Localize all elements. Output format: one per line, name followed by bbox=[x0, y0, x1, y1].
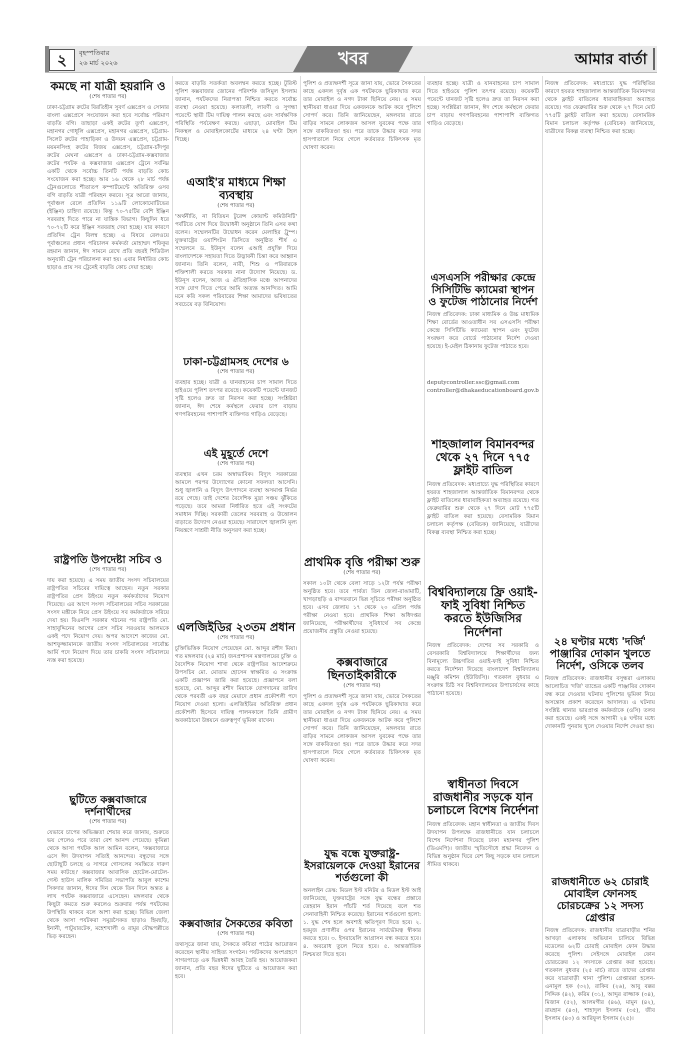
article-lgrd-chief: এলজিইডির ২৩তম প্রধান (শেষ পাতার পর) চুক্… bbox=[175, 621, 297, 907]
article-body: পুলিশ ও প্রত্যক্ষদর্শী সূত্রে জানা যায়,… bbox=[303, 80, 421, 350]
article-columns: কমছে না যাত্রী হয়রানি ও (শেষ পাতার পর) … bbox=[45, 76, 657, 1034]
article-iran-conditions: যুদ্ধ বন্ধে যুক্তরাষ্ট্র-ইসরায়েলকে দেওয… bbox=[303, 848, 421, 1034]
continuation-label: (শেষ পাতার পর) bbox=[175, 369, 297, 377]
article-body: সকাল ১০টা থেকে বেলা সাড়ে ১২টা পর্যন্ত প… bbox=[303, 580, 421, 652]
article-ruling-party: রাষ্ট্রপতি উপদেষ্টা সচিব ও (শেষ পাতার পর… bbox=[47, 554, 169, 792]
headline[interactable]: রাষ্ট্রপতি উপদেষ্টা সচিব ও bbox=[47, 554, 169, 566]
article-coxs-arrest: কক্সবাজারে ছিনতাইকারীকে (শেষ পাতার পর) প… bbox=[303, 656, 421, 861]
headline[interactable]: রাজধানীতে ৬২ চোরাই মোবাইল ফোনসহ চোরচক্রে… bbox=[545, 876, 655, 924]
column-4: ব্যবহার হচ্ছে। যাত্রী ও যানবাহনের চাপ সা… bbox=[427, 76, 539, 1034]
article-coxs-arrest-intro: পুলিশ ও প্রত্যক্ষদর্শী সূত্রে জানা যায়,… bbox=[303, 80, 421, 350]
headline[interactable]: কক্সবাজারে ছিনতাইকারীকে bbox=[303, 656, 421, 682]
headline[interactable]: এসএসসি পরীক্ষার কেন্দ্রে সিসিটিভি ক্যামে… bbox=[427, 272, 539, 308]
article-body: যেভাবে চাপের অভিজ্ঞতা শেয়ার করে জানায়,… bbox=[47, 829, 169, 1034]
date-block: বৃহস্পতিবার ২৬ মার্চ ২০২৬ bbox=[79, 48, 118, 68]
article-body: নিজস্ব প্রতিবেদক: মধ্যপ্রাচ্যে যুদ্ধ পরি… bbox=[545, 80, 655, 628]
contact-email[interactable]: deputycontroller.ssc@gmail.com bbox=[427, 379, 539, 387]
column-1: কমছে না যাত্রী হয়রানি ও (শেষ পাতার পর) … bbox=[47, 76, 169, 1034]
article-body: অনলাইন ডেস্ক: মিডল ইস্ট মনিটর ও মিডল ইস্… bbox=[303, 887, 421, 1034]
article-body: 'অর্থনীতি, না বিতিয়ন টুরেন্স কোয়ান্ট ক… bbox=[175, 213, 297, 361]
article-independence-day-traffic: স্বাধীনতা দিবসে রাজধানীর সড়কে যান চলাচল… bbox=[427, 778, 539, 1021]
article-ssc-cctv: এসএসসি পরীক্ষার কেন্দ্রে সিসিটিভি ক্যামে… bbox=[427, 272, 539, 395]
article-body: ব্যবহার হচ্ছে। যাত্রী ও যানবাহনের চাপ সা… bbox=[427, 80, 539, 270]
headline[interactable]: শাহজালাল বিমানবন্দর থেকে ২৭ দিনে ৭৭৫ ফ্ল… bbox=[427, 438, 539, 478]
headline[interactable]: প্রাথমিক বৃত্তি পরীক্ষা শুরু bbox=[303, 556, 421, 569]
article-body: নিজস্ব প্রতিবেদক: মধ্যপ্রাচ্যে যুদ্ধ পরি… bbox=[427, 481, 539, 593]
continuation-label: (শেষ পাতার পর) bbox=[47, 819, 169, 827]
headline[interactable]: বিশ্ববিদ্যালয়ে ফ্রি ওয়াই-ফাই সুবিধা নি… bbox=[427, 586, 539, 639]
headline[interactable]: কক্সবাজার সৈকতের কবিতা bbox=[175, 918, 297, 930]
article-body: নিজস্ব প্রতিবেদক: রাজধানীর যাত্রাবাড়ীর … bbox=[545, 927, 655, 1034]
article-body: ঢাকা-চট্টগ্রাম রুটের বিরতিহীন সুবর্ণ এক্… bbox=[47, 104, 169, 499]
headline[interactable]: এই মুহূর্তে দেশে bbox=[175, 448, 297, 460]
masthead-logo: আমার বার্তা bbox=[575, 48, 647, 70]
continuation-label: (শেষ পাতার পর) bbox=[303, 683, 421, 691]
article-body: ব্যবস্থার এখন চরম অস্বাভাবিক। বিদ্যুৎ সর… bbox=[175, 471, 297, 609]
masthead-divider bbox=[653, 48, 655, 70]
headline[interactable]: ২৪ ঘণ্টার মধ্যে 'দর্জি' পাঞ্জাবির দোকান … bbox=[545, 636, 655, 672]
newspaper-page: ২ বৃহস্পতিবার ২৬ মার্চ ২০২৬ খবর আমার বার… bbox=[45, 46, 657, 1036]
article-body: নিজস্ব প্রতিবেদক: মহান স্বাধীনতা ও জাতীয… bbox=[427, 821, 539, 1021]
article-body: চুক্তিভিত্তিক নিয়োগ পেয়েছেন মো. আব্দুর… bbox=[175, 645, 297, 907]
article-intro: করতে বাড়তি সতর্কতা অবলম্বন করতে হচ্ছে। … bbox=[175, 80, 297, 172]
continuation-label: (শেষ পাতার পর) bbox=[175, 635, 297, 643]
article-body: তথ্যসূত্রে জানা যায়, সৈকতে কবিতা পাঠের … bbox=[175, 941, 297, 1031]
article-body: দায় করা হয়েছে। এ সময় জাতীয় সংসদ সচিব… bbox=[47, 577, 169, 792]
article-coxs-arrest-cont: ব্যবহার হচ্ছে। যাত্রী ও যানবাহনের চাপ সা… bbox=[427, 80, 539, 270]
article-shahjalal-cont: নিজস্ব প্রতিবেদক: মধ্যপ্রাচ্যে যুদ্ধ পরি… bbox=[545, 80, 655, 628]
section-title: খবর bbox=[293, 46, 413, 72]
headline[interactable]: কমছে না যাত্রী হয়রানি ও bbox=[47, 80, 169, 93]
headline[interactable]: এলজিইডির ২৩তম প্রধান bbox=[175, 621, 297, 634]
article-dhaka-ctg-highway: ঢাকা-চট্টগ্রামসহ দেশের ৬ (শেষ পাতার পর) … bbox=[175, 356, 297, 439]
article-mobile-phone-gang: রাজধানীতে ৬২ চোরাই মোবাইল ফোনসহ চোরচক্রে… bbox=[545, 876, 655, 1034]
contact-email[interactable]: controller@dhakaeducationboard.gov.bd bbox=[427, 387, 539, 395]
article-coxs-beach-poem: কক্সবাজার সৈকতের কবিতা (শেষ পাতার পর) তথ… bbox=[175, 918, 297, 1031]
page-header: ২ বৃহস্পতিবার ২৬ মার্চ ২০২৬ খবর আমার বার… bbox=[45, 46, 657, 73]
article-body: ব্যবহার হচ্ছে। যাত্রী ও যানবাহনের চাপ সা… bbox=[175, 379, 297, 439]
article-body: নিজস্ব প্রতিবেদক: রাজধানীর বসুন্ধরা এলাক… bbox=[545, 675, 655, 875]
continuation-label: (শেষ পাতার পর) bbox=[175, 461, 297, 469]
weekday: বৃহস্পতিবার bbox=[79, 48, 118, 58]
headline[interactable]: যুদ্ধ বন্ধে যুক্তরাষ্ট্র-ইসরায়েলকে দেওয… bbox=[303, 848, 421, 884]
column-2: করতে বাড়তি সতর্কতা অবলম্বন করতে হচ্ছে। … bbox=[175, 76, 297, 1034]
article-body: পুলিশ ও প্রত্যক্ষদর্শী সূত্রে জানা যায়,… bbox=[303, 693, 421, 861]
continuation-label: (শেষ পাতার পর) bbox=[303, 570, 421, 578]
article-this-moment: এই মুহূর্তে দেশে (শেষ পাতার পর) ব্যবস্থা… bbox=[175, 448, 297, 609]
column-rule bbox=[542, 76, 543, 1034]
date: ২৬ মার্চ ২০২৬ bbox=[79, 58, 118, 68]
column-rule bbox=[300, 76, 301, 1034]
column-3: পুলিশ ও প্রত্যক্ষদর্শী সূত্রে জানা যায়,… bbox=[303, 76, 421, 1034]
page-number: ২ bbox=[49, 49, 75, 71]
headline[interactable]: এআই'র মাধ্যমে শিক্ষা ব্যবস্থায় bbox=[175, 176, 297, 202]
continuation-label: (শেষ পাতার পর) bbox=[175, 931, 297, 939]
article-coxs-bazar-holiday: ছুটিতে কক্সবাজারে দর্শনার্থীদের (শেষ পাত… bbox=[47, 794, 169, 1034]
article-passenger-harassment: কমছে না যাত্রী হয়রানি ও (শেষ পাতার পর) … bbox=[47, 80, 169, 499]
continuation-label: (শেষ পাতার পর) bbox=[47, 94, 169, 102]
article-body: নিজস্ব প্রতিবেদক: ঢাকা মাধ্যমিক ও উচ্চ ম… bbox=[427, 311, 539, 379]
continuation-label: (শেষ পাতার পর) bbox=[47, 567, 169, 575]
column-5: নিজস্ব প্রতিবেদক: মধ্যপ্রাচ্যে যুদ্ধ পরি… bbox=[545, 76, 655, 1034]
article-shop-reopen: ২৪ ঘণ্টার মধ্যে 'দর্জি' পাঞ্জাবির দোকান … bbox=[545, 636, 655, 875]
article-ai-education: করতে বাড়তি সতর্কতা অবলম্বন করতে হচ্ছে। … bbox=[175, 80, 297, 361]
headline[interactable]: ঢাকা-চট্টগ্রামসহ দেশের ৬ bbox=[175, 356, 297, 368]
continuation-label: (শেষ পাতার পর) bbox=[175, 203, 297, 211]
column-rule bbox=[424, 76, 425, 1034]
headline[interactable]: স্বাধীনতা দিবসে রাজধানীর সড়কে যান চলাচল… bbox=[427, 778, 539, 818]
column-rule bbox=[172, 76, 173, 1034]
headline[interactable]: ছুটিতে কক্সবাজারে দর্শনার্থীদের bbox=[47, 794, 169, 818]
article-shahjalal-flights: শাহজালাল বিমানবন্দর থেকে ২৭ দিনে ৭৭৫ ফ্ল… bbox=[427, 438, 539, 593]
article-primary-scholarship: প্রাথমিক বৃত্তি পরীক্ষা শুরু (শেষ পাতার … bbox=[303, 556, 421, 652]
